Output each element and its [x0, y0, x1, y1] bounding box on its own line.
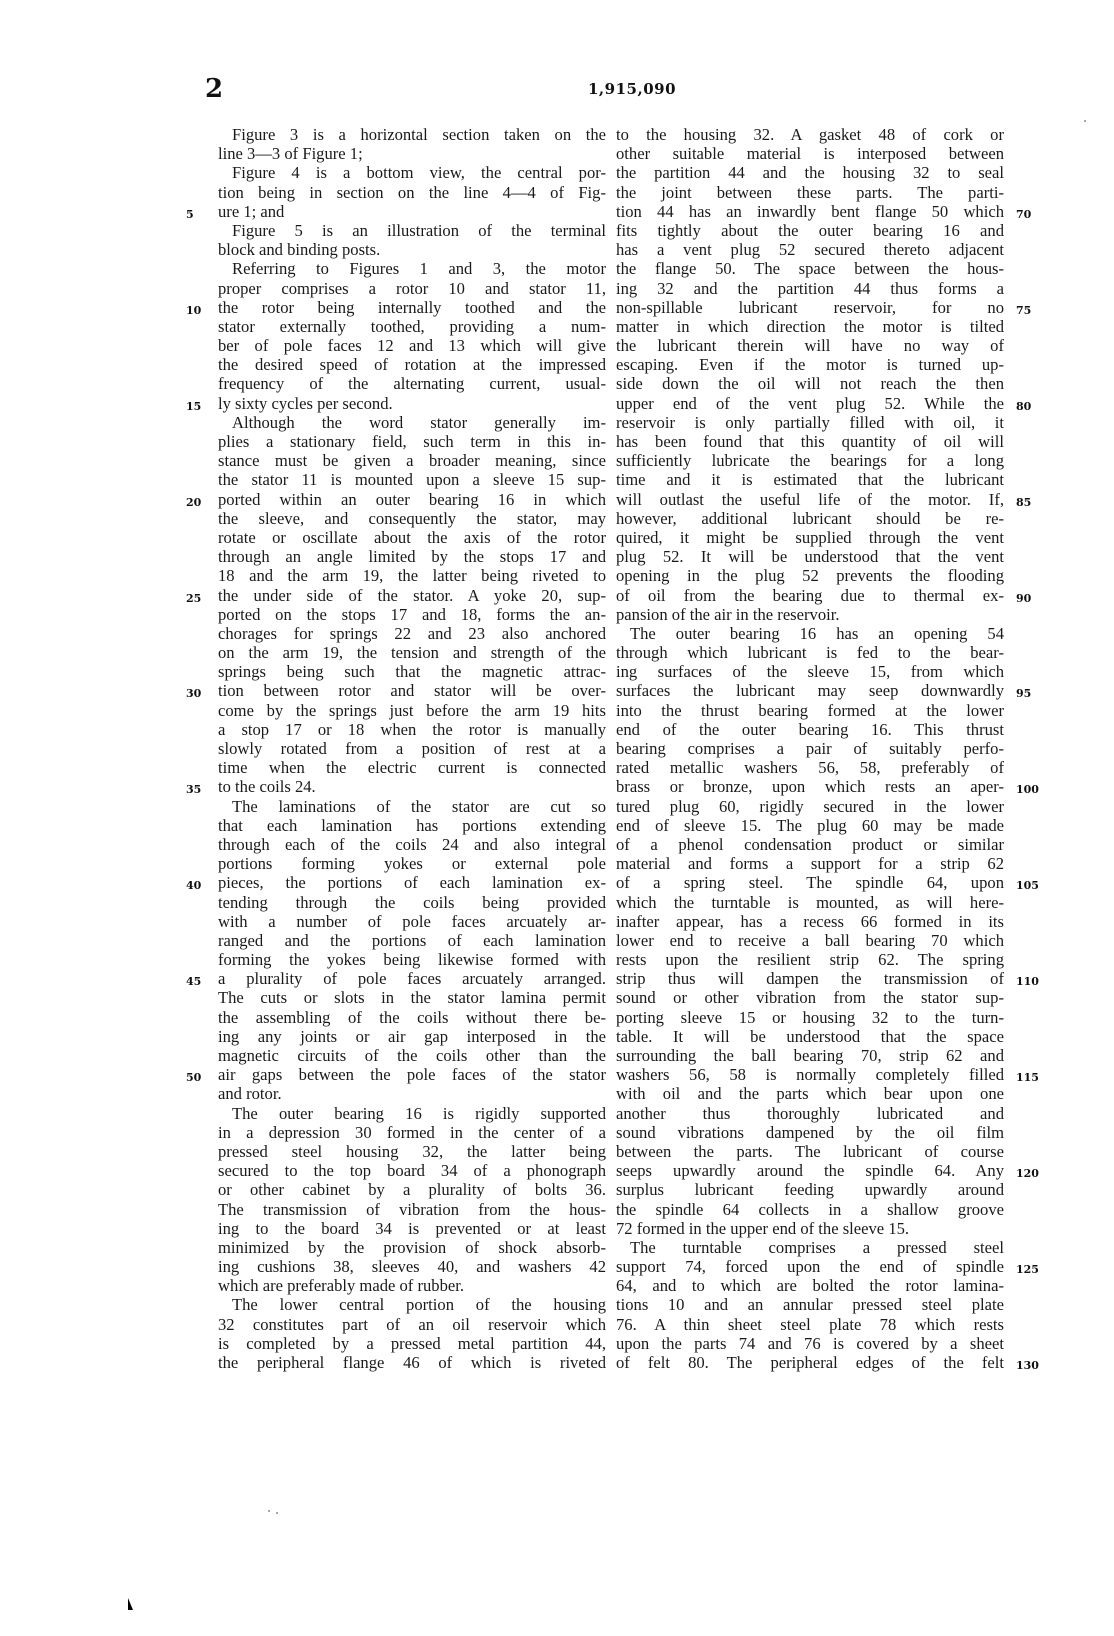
- text-line-content: seeps upwardly around the spindle 64. An…: [616, 1161, 1004, 1180]
- text-line-content: The lower central portion of the housing: [232, 1295, 606, 1314]
- text-line-content: magnetic circuits of the coils other tha…: [218, 1046, 606, 1065]
- text-line-content: the rotor being internally toothed and t…: [218, 298, 606, 317]
- text-line: ber of pole faces 12 and 13 which will g…: [218, 336, 606, 355]
- text-line-content: end of the outer bearing 16. This thrust: [616, 720, 1004, 739]
- text-line-content: strip thus will dampen the transmission …: [616, 969, 1004, 988]
- text-line-content: sound vibrations dampened by the oil fil…: [616, 1123, 1004, 1142]
- text-line: time when the electric current is connec…: [218, 758, 606, 777]
- text-line: ing to the board 34 is prevented or at l…: [218, 1219, 606, 1238]
- text-line-content: ing 32 and the partition 44 thus forms a: [616, 279, 1004, 298]
- text-line-content: brass or bronze, upon which rests an ape…: [616, 777, 1004, 796]
- text-line-content: ing to the board 34 is prevented or at l…: [218, 1219, 606, 1238]
- line-number: 15: [186, 397, 201, 416]
- text-line-content: sufficiently lubricate the bearings for …: [616, 451, 1004, 470]
- text-line-content: the sleeve, and consequently the stator,…: [218, 509, 606, 528]
- text-line: end of the outer bearing 16. This thrust: [616, 720, 1004, 739]
- line-number: 70: [1016, 205, 1031, 224]
- text-line: of a spring steel. The spindle 64, upon1…: [616, 873, 1004, 892]
- text-line: will outlast the useful life of the moto…: [616, 490, 1004, 509]
- text-line-content: The turntable comprises a pressed steel: [630, 1238, 1004, 1257]
- text-line-content: porting sleeve 15 or housing 32 to the t…: [616, 1008, 1004, 1027]
- text-line: springs being such that the magnetic att…: [218, 662, 606, 681]
- text-line: ported on the stops 17 and 18, forms the…: [218, 605, 606, 624]
- text-line-content: tending through the coils being provided: [218, 893, 606, 912]
- text-line: support 74, forced upon the end of spind…: [616, 1257, 1004, 1276]
- text-line-content: however, additional lubricant should be …: [616, 509, 1004, 528]
- line-number: 75: [1016, 301, 1031, 320]
- text-line: The turntable comprises a pressed steel: [616, 1238, 1004, 1257]
- text-line-content: surfaces the lubricant may seep downward…: [616, 681, 1004, 700]
- text-line-content: the spindle 64 collects in a shallow gro…: [616, 1200, 1004, 1219]
- text-line-content: pieces, the portions of each lamination …: [218, 873, 606, 892]
- text-line: the lubricant therein will have no way o…: [616, 336, 1004, 355]
- text-line-content: time and it is estimated that the lubric…: [616, 470, 1004, 489]
- text-line: the peripheral flange 46 of which is riv…: [218, 1353, 606, 1372]
- text-line: pressed steel housing 32, the latter bei…: [218, 1142, 606, 1161]
- text-line: rests upon the resilient strip 62. The s…: [616, 950, 1004, 969]
- text-line: plug 52. It will be understood that the …: [616, 547, 1004, 566]
- line-number: 95: [1016, 684, 1031, 703]
- text-line-content: Figure 4 is a bottom view, the central p…: [232, 163, 606, 182]
- text-line: the stator 11 is mounted upon a sleeve 1…: [218, 470, 606, 489]
- scan-speck: [268, 1510, 270, 1512]
- text-line-content: fits tightly about the outer bearing 16 …: [616, 221, 1004, 240]
- line-number: 5: [186, 205, 194, 224]
- text-line-content: the stator 11 is mounted upon a sleeve 1…: [218, 470, 606, 489]
- text-line: The outer bearing 16 has an opening 54: [616, 624, 1004, 643]
- text-line: brass or bronze, upon which rests an ape…: [616, 777, 1004, 796]
- text-line-content: sound or other vibration from the stator…: [616, 988, 1004, 1007]
- text-line: frequency of the alternating current, us…: [218, 374, 606, 393]
- text-line-content: ly sixty cycles per second.: [218, 394, 393, 413]
- text-line-content: has been found that this quantity of oil…: [616, 432, 1004, 451]
- text-line: porting sleeve 15 or housing 32 to the t…: [616, 1008, 1004, 1027]
- text-line-content: the flange 50. The space between the hou…: [616, 259, 1004, 278]
- text-line-content: the joint between these parts. The parti…: [616, 183, 1004, 202]
- text-line-content: The cuts or slots in the stator lamina p…: [218, 988, 606, 1007]
- text-line: tion between rotor and stator will be ov…: [218, 681, 606, 700]
- line-number: 45: [186, 972, 201, 991]
- line-number: 125: [1016, 1260, 1039, 1279]
- text-line: pieces, the portions of each lamination …: [218, 873, 606, 892]
- line-number: 20: [186, 493, 201, 512]
- text-line: tured plug 60, rigidly secured in the lo…: [616, 797, 1004, 816]
- text-line-content: of a phenol condensation product or simi…: [616, 835, 1004, 854]
- text-line-content: block and binding posts.: [218, 240, 380, 259]
- text-line-content: plug 52. It will be understood that the …: [616, 547, 1004, 566]
- text-line-content: of oil from the bearing due to thermal e…: [616, 586, 1004, 605]
- text-line: the assembling of the coils without ther…: [218, 1008, 606, 1027]
- text-line-content: line 3—3 of Figure 1;: [218, 144, 363, 163]
- line-number: 85: [1016, 493, 1031, 512]
- text-line: of felt 80. The peripheral edges of the …: [616, 1353, 1004, 1372]
- text-line-content: reservoir is only partially filled with …: [616, 413, 1004, 432]
- text-line: surfaces the lubricant may seep downward…: [616, 681, 1004, 700]
- text-line: ure 1; and5: [218, 202, 606, 221]
- scan-speck: [276, 1512, 278, 1514]
- text-line-content: pressed steel housing 32, the latter bei…: [218, 1142, 606, 1161]
- text-line: which are preferably made of rubber.: [218, 1276, 606, 1295]
- text-line: fits tightly about the outer bearing 16 …: [616, 221, 1004, 240]
- text-line: The outer bearing 16 is rigidly supporte…: [218, 1104, 606, 1123]
- text-line-content: air gaps between the pole faces of the s…: [218, 1065, 606, 1084]
- text-line-content: The outer bearing 16 has an opening 54: [630, 624, 1004, 643]
- text-line-content: The transmission of vibration from the h…: [218, 1200, 606, 1219]
- scan-speck: [1084, 120, 1086, 122]
- text-line-content: ported within an outer bearing 16 in whi…: [218, 490, 606, 509]
- text-line: proper comprises a rotor 10 and stator 1…: [218, 279, 606, 298]
- text-line-content: 32 constitutes part of an oil reservoir …: [218, 1315, 606, 1334]
- text-line-content: on the arm 19, the tension and strength …: [218, 643, 606, 662]
- text-line: plies a stationary field, such term in t…: [218, 432, 606, 451]
- text-line-content: inafter appear, has a recess 66 formed i…: [616, 912, 1004, 931]
- text-line: upon the parts 74 and 76 is covered by a…: [616, 1334, 1004, 1353]
- text-line-content: will outlast the useful life of the moto…: [616, 490, 1004, 509]
- text-line: to the coils 24.35: [218, 777, 606, 796]
- page-number: 2: [205, 74, 223, 104]
- text-line: ported within an outer bearing 16 in whi…: [218, 490, 606, 509]
- text-line: tion being in section on the line 4—4 of…: [218, 183, 606, 202]
- line-number: 120: [1016, 1164, 1039, 1183]
- patent-number: 1,915,090: [588, 80, 676, 98]
- text-line-content: Figure 5 is an illustration of the termi…: [232, 221, 606, 240]
- right-text-column: to the housing 32. A gasket 48 of cork o…: [616, 125, 1004, 1372]
- text-line: of a phenol condensation product or simi…: [616, 835, 1004, 854]
- text-line: inafter appear, has a recess 66 formed i…: [616, 912, 1004, 931]
- text-line: which the turntable is mounted, as will …: [616, 893, 1004, 912]
- text-line: line 3—3 of Figure 1;: [218, 144, 606, 163]
- text-line-content: or other cabinet by a plurality of bolts…: [218, 1180, 606, 1199]
- text-line: has been found that this quantity of oil…: [616, 432, 1004, 451]
- text-line-content: ported on the stops 17 and 18, forms the…: [218, 605, 606, 624]
- text-line-content: stator externally toothed, providing a n…: [218, 317, 606, 336]
- text-line-content: matter in which direction the motor is t…: [616, 317, 1004, 336]
- text-line: 72 formed in the upper end of the sleeve…: [616, 1219, 1004, 1238]
- text-line: secured to the top board 34 of a phonogr…: [218, 1161, 606, 1180]
- text-line-content: washers 56, 58 is normally completely fi…: [616, 1065, 1004, 1084]
- text-line-content: ure 1; and: [218, 202, 284, 221]
- text-line: 32 constitutes part of an oil reservoir …: [218, 1315, 606, 1334]
- text-line: the partition 44 and the housing 32 to s…: [616, 163, 1004, 182]
- text-line: Figure 5 is an illustration of the termi…: [218, 221, 606, 240]
- text-line: or other cabinet by a plurality of bolts…: [218, 1180, 606, 1199]
- text-line-content: a plurality of pole faces arcuately arra…: [218, 969, 606, 988]
- text-line-content: through an angle limited by the stops 17…: [218, 547, 606, 566]
- text-line-content: table. It will be understood that the sp…: [616, 1027, 1004, 1046]
- text-line: upper end of the vent plug 52. While the…: [616, 394, 1004, 413]
- text-line-content: tion 44 has an inwardly bent flange 50 w…: [616, 202, 1004, 221]
- text-line: with a number of pole faces arcuately ar…: [218, 912, 606, 931]
- line-number: 105: [1016, 876, 1039, 895]
- text-line-content: ranged and the portions of each laminati…: [218, 931, 606, 950]
- line-number: 10: [186, 301, 201, 320]
- text-line-content: minimized by the provision of shock abso…: [218, 1238, 606, 1257]
- text-line: strip thus will dampen the transmission …: [616, 969, 1004, 988]
- text-line: tending through the coils being provided: [218, 893, 606, 912]
- text-line: side down the oil will not reach the the…: [616, 374, 1004, 393]
- text-line: quired, it might be supplied through the…: [616, 528, 1004, 547]
- text-line: the joint between these parts. The parti…: [616, 183, 1004, 202]
- text-line-content: springs being such that the magnetic att…: [218, 662, 606, 681]
- text-line: the desired speed of rotation at the imp…: [218, 355, 606, 374]
- text-line-content: tion being in section on the line 4—4 of…: [218, 183, 606, 202]
- text-line: ing cushions 38, sleeves 40, and washers…: [218, 1257, 606, 1276]
- text-line-content: rotate or oscillate about the axis of th…: [218, 528, 606, 547]
- text-line-content: a stop 17 or 18 when the rotor is manual…: [218, 720, 606, 739]
- text-line: is completed by a pressed metal partitio…: [218, 1334, 606, 1353]
- text-line: through each of the coils 24 and also in…: [218, 835, 606, 854]
- text-line: that each lamination has portions extend…: [218, 816, 606, 835]
- text-line: the under side of the stator. A yoke 20,…: [218, 586, 606, 605]
- text-line: lower end to receive a ball bearing 70 w…: [616, 931, 1004, 950]
- line-number: 115: [1016, 1068, 1039, 1087]
- text-line-content: is completed by a pressed metal partitio…: [218, 1334, 606, 1353]
- line-number: 40: [186, 876, 201, 895]
- text-line-content: with a number of pole faces arcuately ar…: [218, 912, 606, 931]
- text-line-content: rests upon the resilient strip 62. The s…: [616, 950, 1004, 969]
- text-line-content: the partition 44 and the housing 32 to s…: [616, 163, 1004, 182]
- text-line-content: the peripheral flange 46 of which is riv…: [218, 1353, 606, 1372]
- text-line-content: proper comprises a rotor 10 and stator 1…: [218, 279, 606, 298]
- text-line-content: The laminations of the stator are cut so: [232, 797, 606, 816]
- text-line: sound or other vibration from the stator…: [616, 988, 1004, 1007]
- text-line: air gaps between the pole faces of the s…: [218, 1065, 606, 1084]
- text-line-content: secured to the top board 34 of a phonogr…: [218, 1161, 606, 1180]
- text-line: between the parts. The lubricant of cour…: [616, 1142, 1004, 1161]
- text-line: pansion of the air in the reservoir.: [616, 605, 1004, 624]
- text-line: stator externally toothed, providing a n…: [218, 317, 606, 336]
- text-line-content: another thus thoroughly lubricated and: [616, 1104, 1004, 1123]
- text-line: has a vent plug 52 secured thereto adjac…: [616, 240, 1004, 259]
- text-line: 64, and to which are bolted the rotor la…: [616, 1276, 1004, 1295]
- text-line-content: which the turntable is mounted, as will …: [616, 893, 1004, 912]
- text-line: Referring to Figures 1 and 3, the motor: [218, 259, 606, 278]
- text-line-content: surrounding the ball bearing 70, strip 6…: [616, 1046, 1004, 1065]
- text-line: on the arm 19, the tension and strength …: [218, 643, 606, 662]
- text-line: portions forming yokes or external pole: [218, 854, 606, 873]
- text-line: however, additional lubricant should be …: [616, 509, 1004, 528]
- text-line-content: stance must be given a broader meaning, …: [218, 451, 606, 470]
- text-line: and rotor.: [218, 1084, 606, 1103]
- text-line: magnetic circuits of the coils other tha…: [218, 1046, 606, 1065]
- text-line-content: chorages for springs 22 and 23 also anch…: [218, 624, 606, 643]
- text-line-content: bearing comprises a pair of suitably per…: [616, 739, 1004, 758]
- text-line: ranged and the portions of each laminati…: [218, 931, 606, 950]
- text-line: sufficiently lubricate the bearings for …: [616, 451, 1004, 470]
- text-line: ly sixty cycles per second.15: [218, 394, 606, 413]
- text-line: escaping. Even if the motor is turned up…: [616, 355, 1004, 374]
- text-line: to the housing 32. A gasket 48 of cork o…: [616, 125, 1004, 144]
- text-line-content: rated metallic washers 56, 58, preferabl…: [616, 758, 1004, 777]
- text-line-content: which are preferably made of rubber.: [218, 1276, 464, 1295]
- text-line: chorages for springs 22 and 23 also anch…: [218, 624, 606, 643]
- text-line-content: to the coils 24.: [218, 777, 316, 796]
- text-line-content: the under side of the stator. A yoke 20,…: [218, 586, 606, 605]
- text-line-content: 72 formed in the upper end of the sleeve…: [616, 1219, 909, 1238]
- text-line: 18 and the arm 19, the latter being rive…: [218, 566, 606, 585]
- text-line-content: the desired speed of rotation at the imp…: [218, 355, 606, 374]
- scan-mark: [128, 1598, 133, 1610]
- text-line: stance must be given a broader meaning, …: [218, 451, 606, 470]
- text-line: forming the yokes being likewise formed …: [218, 950, 606, 969]
- text-line: minimized by the provision of shock abso…: [218, 1238, 606, 1257]
- text-line-content: come by the springs just before the arm …: [218, 701, 606, 720]
- text-line-content: through which lubricant is fed to the be…: [616, 643, 1004, 662]
- text-line: Figure 3 is a horizontal section taken o…: [218, 125, 606, 144]
- text-line-content: the assembling of the coils without ther…: [218, 1008, 606, 1027]
- text-line: washers 56, 58 is normally completely fi…: [616, 1065, 1004, 1084]
- text-line-content: in a depression 30 formed in the center …: [218, 1123, 606, 1142]
- text-line-content: tured plug 60, rigidly secured in the lo…: [616, 797, 1004, 816]
- text-line: other suitable material is interposed be…: [616, 144, 1004, 163]
- text-line-content: to the housing 32. A gasket 48 of cork o…: [616, 125, 1004, 144]
- text-line: another thus thoroughly lubricated and: [616, 1104, 1004, 1123]
- text-line-content: escaping. Even if the motor is turned up…: [616, 355, 1004, 374]
- text-line-content: Although the word stator generally im-: [232, 413, 606, 432]
- text-line-content: material and forms a support for a strip…: [616, 854, 1004, 873]
- line-number: 110: [1016, 972, 1039, 991]
- line-number: 25: [186, 589, 201, 608]
- text-line: of oil from the bearing due to thermal e…: [616, 586, 1004, 605]
- text-line-content: lower end to receive a ball bearing 70 w…: [616, 931, 1004, 950]
- text-line-content: opening in the plug 52 prevents the floo…: [616, 566, 1004, 585]
- text-line: ing 32 and the partition 44 thus forms a: [616, 279, 1004, 298]
- text-line: the flange 50. The space between the hou…: [616, 259, 1004, 278]
- text-line-content: 64, and to which are bolted the rotor la…: [616, 1276, 1004, 1295]
- text-line-content: through each of the coils 24 and also in…: [218, 835, 606, 854]
- text-line: through an angle limited by the stops 17…: [218, 547, 606, 566]
- line-number: 30: [186, 684, 201, 703]
- text-line: a plurality of pole faces arcuately arra…: [218, 969, 606, 988]
- text-line: the rotor being internally toothed and t…: [218, 298, 606, 317]
- line-number: 90: [1016, 589, 1031, 608]
- text-line: rotate or oscillate about the axis of th…: [218, 528, 606, 547]
- left-text-column: Figure 3 is a horizontal section taken o…: [218, 125, 606, 1372]
- text-line: rated metallic washers 56, 58, preferabl…: [616, 758, 1004, 777]
- text-line-content: The outer bearing 16 is rigidly supporte…: [232, 1104, 606, 1123]
- text-line: The cuts or slots in the stator lamina p…: [218, 988, 606, 1007]
- text-line: the sleeve, and consequently the stator,…: [218, 509, 606, 528]
- text-line-content: tion between rotor and stator will be ov…: [218, 681, 606, 700]
- text-line: Although the word stator generally im-: [218, 413, 606, 432]
- text-line: reservoir is only partially filled with …: [616, 413, 1004, 432]
- text-line: the spindle 64 collects in a shallow gro…: [616, 1200, 1004, 1219]
- text-line: a stop 17 or 18 when the rotor is manual…: [218, 720, 606, 739]
- text-line: time and it is estimated that the lubric…: [616, 470, 1004, 489]
- text-line-content: the lubricant therein will have no way o…: [616, 336, 1004, 355]
- line-number: 50: [186, 1068, 201, 1087]
- text-line: bearing comprises a pair of suitably per…: [616, 739, 1004, 758]
- text-line: with oil and the parts which bear upon o…: [616, 1084, 1004, 1103]
- text-line: 76. A thin sheet steel plate 78 which re…: [616, 1315, 1004, 1334]
- text-line-content: other suitable material is interposed be…: [616, 144, 1004, 163]
- text-line-content: quired, it might be supplied through the…: [616, 528, 1004, 547]
- text-line-content: 18 and the arm 19, the latter being rive…: [218, 566, 606, 585]
- text-line-content: into the thrust bearing formed at the lo…: [616, 701, 1004, 720]
- text-line: tions 10 and an annular pressed steel pl…: [616, 1295, 1004, 1314]
- text-line: slowly rotated from a position of rest a…: [218, 739, 606, 758]
- text-line-content: portions forming yokes or external pole: [218, 854, 606, 873]
- text-line-content: plies a stationary field, such term in t…: [218, 432, 606, 451]
- line-number: 80: [1016, 397, 1031, 416]
- text-line: block and binding posts.: [218, 240, 606, 259]
- text-line-content: that each lamination has portions extend…: [218, 816, 606, 835]
- text-line-content: and rotor.: [218, 1084, 282, 1103]
- text-line: The lower central portion of the housing: [218, 1295, 606, 1314]
- text-line-content: surplus lubricant feeding upwardly aroun…: [616, 1180, 1004, 1199]
- text-line: material and forms a support for a strip…: [616, 854, 1004, 873]
- text-line-content: Referring to Figures 1 and 3, the motor: [232, 259, 606, 278]
- text-line-content: between the parts. The lubricant of cour…: [616, 1142, 1004, 1161]
- text-line-content: time when the electric current is connec…: [218, 758, 606, 777]
- text-line: in a depression 30 formed in the center …: [218, 1123, 606, 1142]
- text-line-content: 76. A thin sheet steel plate 78 which re…: [616, 1315, 1004, 1334]
- text-line: Figure 4 is a bottom view, the central p…: [218, 163, 606, 182]
- text-line-content: end of sleeve 15. The plug 60 may be mad…: [616, 816, 1004, 835]
- text-line: into the thrust bearing formed at the lo…: [616, 701, 1004, 720]
- text-line-content: upon the parts 74 and 76 is covered by a…: [616, 1334, 1004, 1353]
- text-line: tion 44 has an inwardly bent flange 50 w…: [616, 202, 1004, 221]
- text-line-content: pansion of the air in the reservoir.: [616, 605, 840, 624]
- text-line: opening in the plug 52 prevents the floo…: [616, 566, 1004, 585]
- text-line: The transmission of vibration from the h…: [218, 1200, 606, 1219]
- text-line: surplus lubricant feeding upwardly aroun…: [616, 1180, 1004, 1199]
- text-line-content: ing surfaces of the sleeve 15, from whic…: [616, 662, 1004, 681]
- text-line: seeps upwardly around the spindle 64. An…: [616, 1161, 1004, 1180]
- text-line-content: support 74, forced upon the end of spind…: [616, 1257, 1004, 1276]
- line-number: 130: [1016, 1356, 1039, 1375]
- text-line: surrounding the ball bearing 70, strip 6…: [616, 1046, 1004, 1065]
- text-line: sound vibrations dampened by the oil fil…: [616, 1123, 1004, 1142]
- text-line: ing surfaces of the sleeve 15, from whic…: [616, 662, 1004, 681]
- text-line-content: has a vent plug 52 secured thereto adjac…: [616, 240, 1004, 259]
- text-line-content: tions 10 and an annular pressed steel pl…: [616, 1295, 1004, 1314]
- text-line-content: non-spillable lubricant reservoir, for n…: [616, 298, 1004, 317]
- text-line-content: side down the oil will not reach the the…: [616, 374, 1004, 393]
- text-line: non-spillable lubricant reservoir, for n…: [616, 298, 1004, 317]
- text-line-content: forming the yokes being likewise formed …: [218, 950, 606, 969]
- text-line-content: with oil and the parts which bear upon o…: [616, 1084, 1004, 1103]
- text-line-content: Figure 3 is a horizontal section taken o…: [232, 125, 606, 144]
- text-line-content: upper end of the vent plug 52. While the: [616, 394, 1004, 413]
- text-line: through which lubricant is fed to the be…: [616, 643, 1004, 662]
- text-line-content: slowly rotated from a position of rest a…: [218, 739, 606, 758]
- text-line: matter in which direction the motor is t…: [616, 317, 1004, 336]
- text-line-content: ing cushions 38, sleeves 40, and washers…: [218, 1257, 606, 1276]
- text-line-content: frequency of the alternating current, us…: [218, 374, 606, 393]
- text-line-content: of a spring steel. The spindle 64, upon: [616, 873, 1004, 892]
- line-number: 35: [186, 780, 201, 799]
- text-line: end of sleeve 15. The plug 60 may be mad…: [616, 816, 1004, 835]
- text-line: table. It will be understood that the sp…: [616, 1027, 1004, 1046]
- text-line: The laminations of the stator are cut so: [218, 797, 606, 816]
- text-line-content: ing any joints or air gap interposed in …: [218, 1027, 606, 1046]
- text-line: ing any joints or air gap interposed in …: [218, 1027, 606, 1046]
- line-number: 100: [1016, 780, 1039, 799]
- text-line: come by the springs just before the arm …: [218, 701, 606, 720]
- text-line-content: ber of pole faces 12 and 13 which will g…: [218, 336, 606, 355]
- text-line-content: of felt 80. The peripheral edges of the …: [616, 1353, 1004, 1372]
